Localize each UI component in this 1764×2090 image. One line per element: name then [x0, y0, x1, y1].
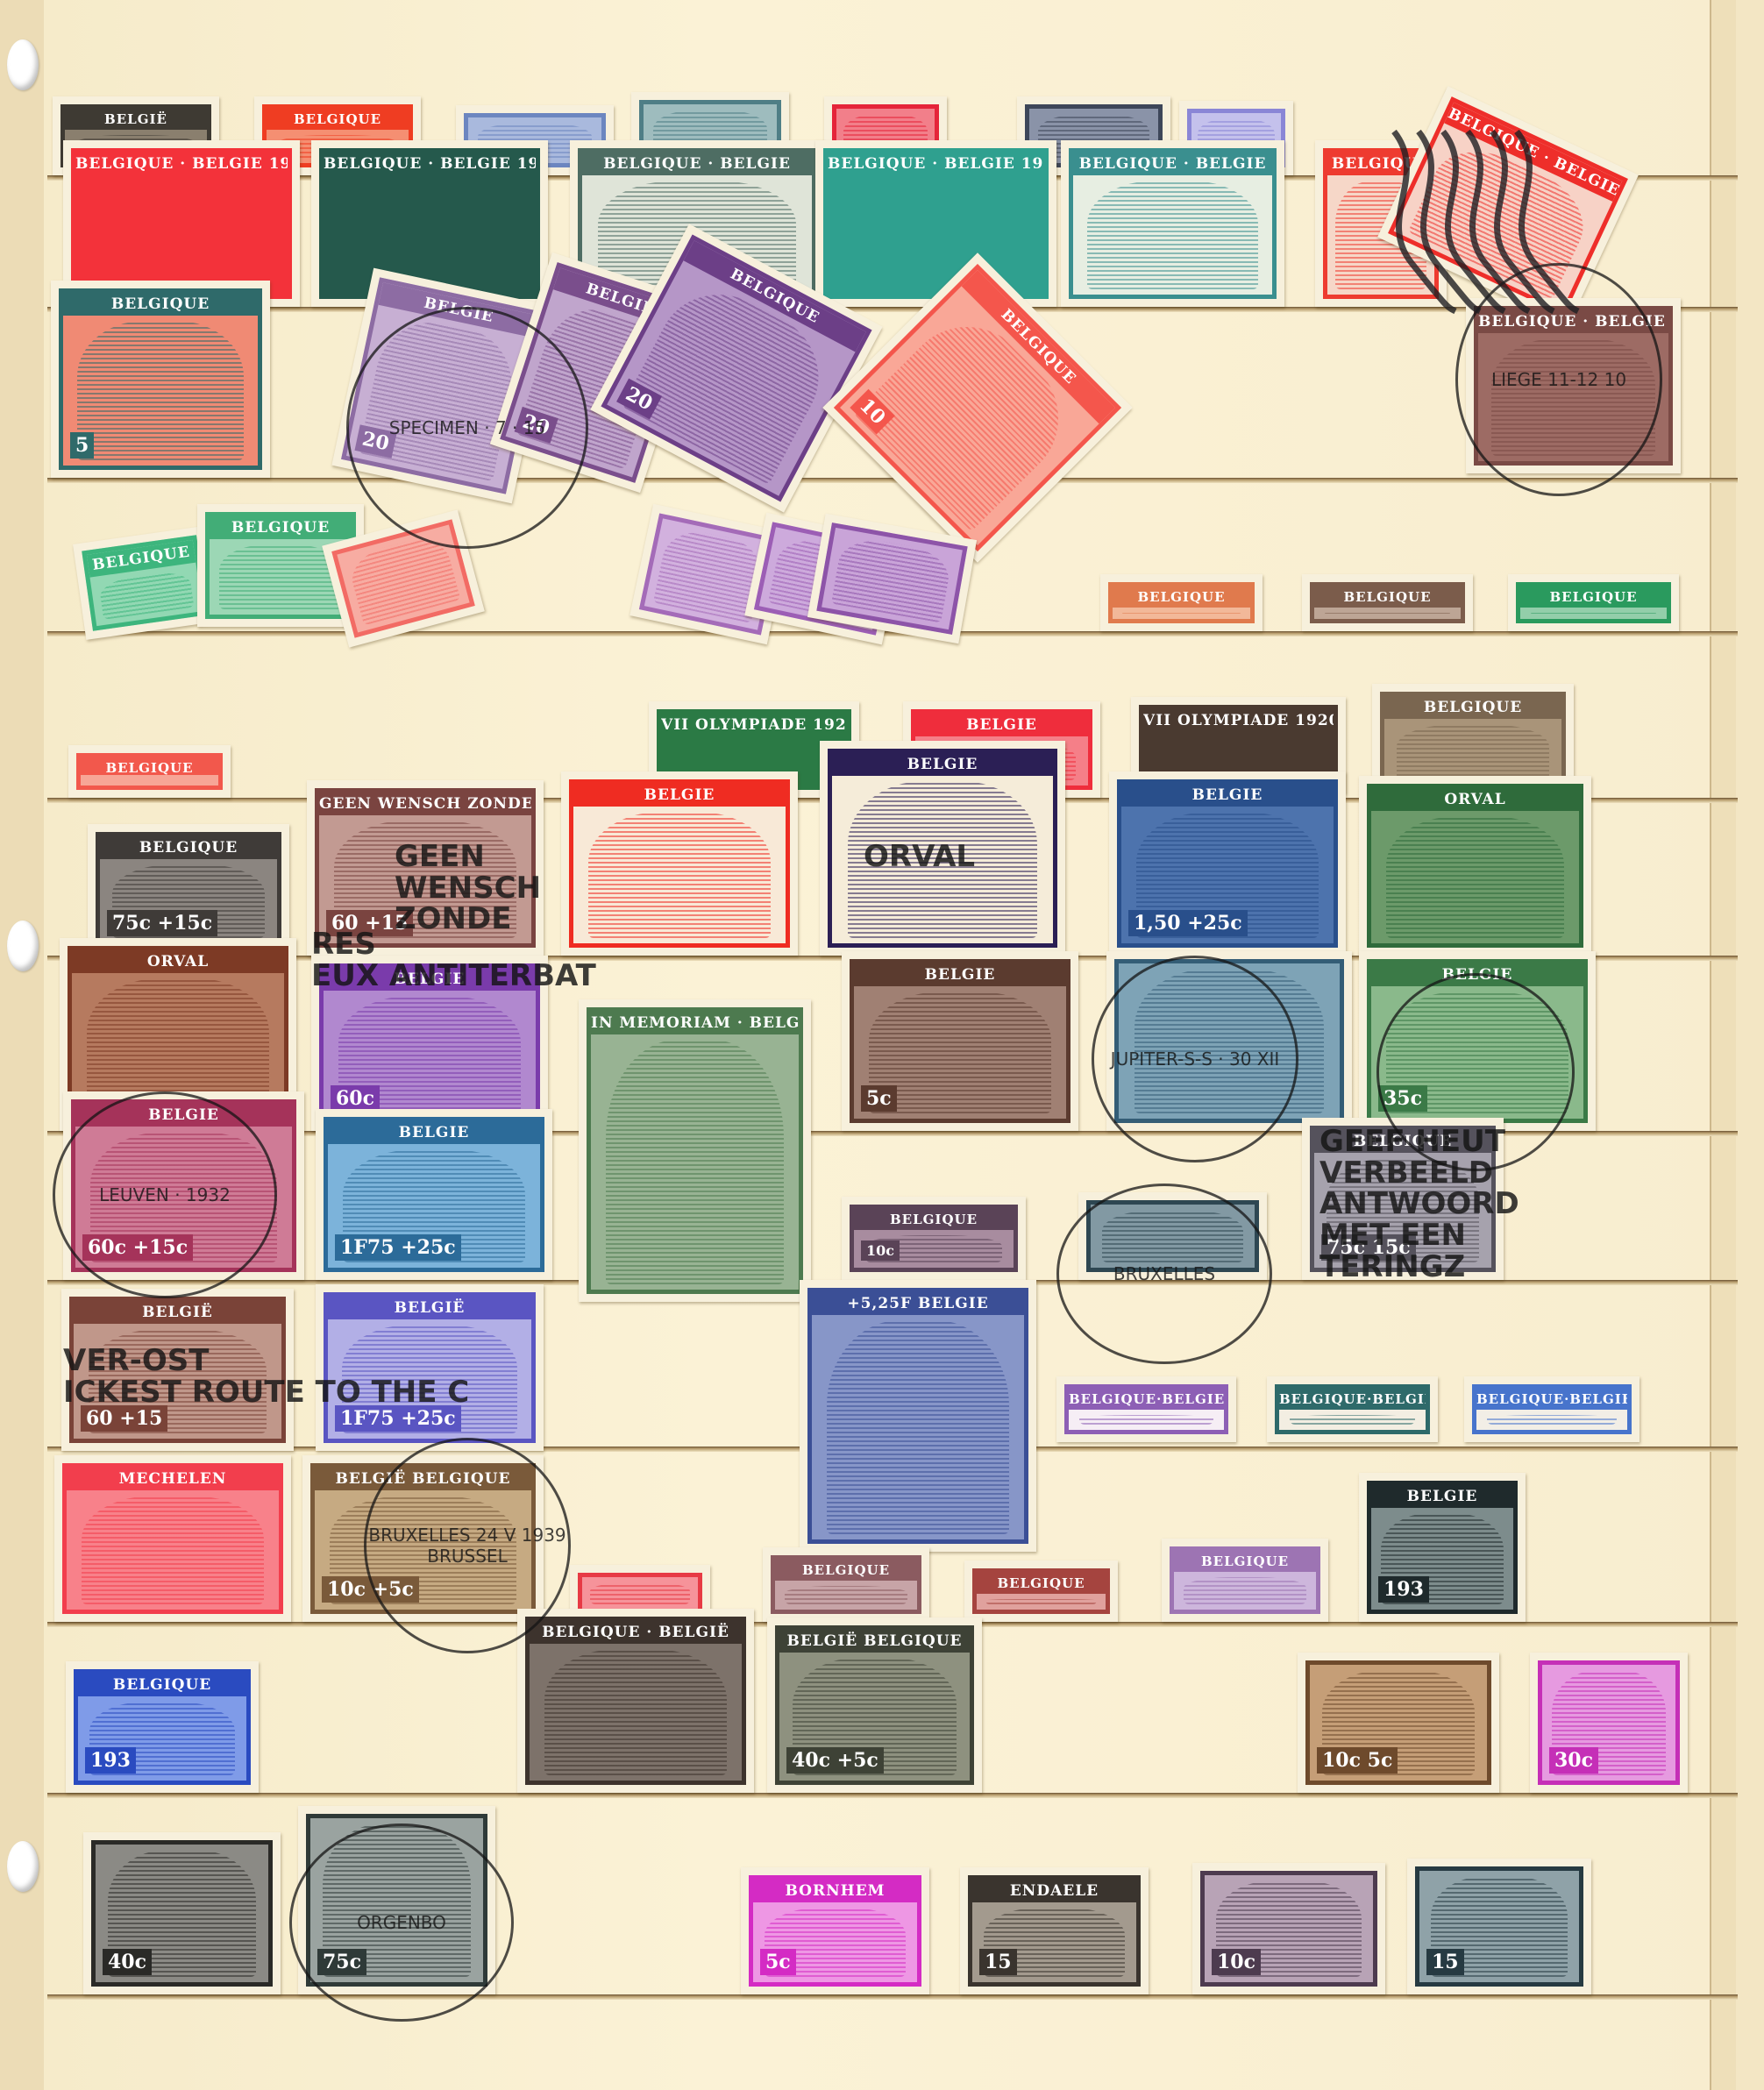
stamp-design: 10c — [1200, 1871, 1377, 1987]
stamp-design: BELGIE5c — [850, 959, 1070, 1123]
stamp-vignette — [1290, 1415, 1416, 1425]
stamp-country-inscription: BELGIQUE — [1314, 586, 1461, 608]
stamp-denomination: 15 — [1426, 1949, 1464, 1975]
stamp-vignette — [82, 1496, 264, 1604]
stamp-denomination: 75c +15c — [107, 910, 217, 936]
stamp-country-inscription: BELGIQUE·BELGIE — [1279, 1389, 1426, 1410]
stamp-country-inscription: BELGIQUE·BELGIE — [1069, 1389, 1224, 1410]
stamp-vignette — [77, 321, 245, 460]
stamp-design: BELGIQUE — [1310, 582, 1465, 623]
stamp-country-inscription: BELGIQUE — [63, 293, 258, 316]
stamp-country-inscription: BELGIE — [1371, 1485, 1513, 1508]
stamp-design: BELGIE — [569, 779, 790, 948]
stamp-country-inscription: BELGIE — [1121, 784, 1334, 807]
stamp[interactable] — [1078, 1192, 1267, 1280]
stamp[interactable]: BELGIË BELGIQUE10c +5c — [302, 1455, 544, 1622]
stamp-design: BELGIQUE — [1108, 582, 1255, 623]
stamp-design: +5,25F BELGIE — [807, 1288, 1028, 1544]
stamp-design: BORNHEM5c — [749, 1875, 921, 1987]
stamp-design: BELGIË1F75 +25c — [324, 1292, 536, 1443]
stamp[interactable]: 10c 5c — [1298, 1653, 1499, 1793]
stamp-design: BELGIQUE — [82, 535, 208, 630]
stamp-country-inscription: BELGIQUE — [854, 1209, 1014, 1230]
stamp-vignette — [1102, 1210, 1243, 1262]
stamp-design: BELGIQUE — [76, 753, 223, 790]
stamp-country-inscription: BELGIQUE · BELGIE — [582, 153, 812, 175]
stamp[interactable]: GEEN WENSCH ZONDE60 +15 — [307, 780, 544, 956]
stamp-vignette — [785, 1586, 907, 1604]
stamp-denomination: 40c — [103, 1949, 152, 1975]
stamp-denomination: 193 — [85, 1747, 136, 1774]
stamp-design: BELGIQUE — [1516, 582, 1671, 623]
stamp-denomination: 75c — [317, 1949, 366, 1975]
stamp[interactable]: BELGIQUE10c — [842, 1197, 1026, 1280]
stamp-design: ENDAELE15 — [968, 1875, 1141, 1987]
stamp[interactable]: ORVAL — [1359, 776, 1591, 956]
stamp-denomination: 1,50 +25c — [1128, 910, 1248, 936]
stamp-denomination: 10c 5c — [1317, 1747, 1398, 1774]
stamp-country-inscription: ORVAL — [72, 950, 284, 973]
stamp-country-inscription: BELGIE — [573, 784, 786, 807]
stamp-design: BELGIQUE5 — [59, 288, 262, 470]
stamp-country-inscription: ORVAL — [1371, 788, 1579, 811]
stamp[interactable]: BELGIË BELGIQUE40c +5c — [767, 1617, 982, 1793]
stamp[interactable]: BELGIË1F75 +25c — [316, 1284, 544, 1451]
stamp[interactable]: BELGIQUE — [763, 1547, 929, 1622]
stamp-country-inscription: BELGIË — [328, 1297, 531, 1319]
stamp-country-inscription: ENDAELE — [972, 1880, 1136, 1902]
stamp-design: BELGIQUE10c — [850, 1205, 1018, 1272]
stamp-design: BELGIQUE·BELGIE — [1064, 1384, 1228, 1434]
stamp-country-inscription: BELGIQUE — [977, 1573, 1106, 1594]
stamp[interactable]: BORNHEM5c — [741, 1867, 929, 1994]
stamp-design — [1086, 1200, 1259, 1272]
stamp-denomination: 1F75 +25c — [335, 1405, 461, 1432]
stamp[interactable]: +5,25F BELGIE — [800, 1280, 1036, 1552]
stamp-design: IN MEMORIAM · BELGIQUE · POSTE AERIENNE — [587, 1007, 803, 1294]
stamp-vignette — [90, 181, 273, 289]
stamp[interactable]: BELGIQUE·BELGIE — [1464, 1376, 1640, 1442]
stamp-vignette — [985, 1599, 1096, 1604]
stamp-country-inscription: BELGIQUE · BELGIË — [530, 1621, 742, 1644]
stamp-design: BELGIQUE · BELGIË — [525, 1617, 746, 1785]
punch-hole-middle — [7, 921, 39, 971]
stamp-denomination: 60 +15 — [81, 1405, 167, 1432]
stamp[interactable]: BELGIQUE · BELGIE 1910 — [815, 140, 1056, 307]
stamp[interactable]: BELGIQUE — [1162, 1539, 1328, 1622]
stamp[interactable]: BELGIQUE — [1508, 574, 1679, 631]
stamp-vignette — [1325, 613, 1451, 614]
stamp-country-inscription: BELGIË BELGIQUE — [315, 1468, 531, 1490]
stamp[interactable]: BELGIQUE·BELGIE — [1267, 1376, 1438, 1442]
stamp[interactable]: BELGIQUE193 — [66, 1661, 259, 1793]
stamp[interactable] — [807, 514, 977, 644]
stamp-design: BELGIË60 +15 — [69, 1297, 286, 1443]
stamp-vignette — [1135, 969, 1325, 1113]
stamp-country-inscription: BELGIQUE — [1174, 1551, 1316, 1572]
stamp-design: 75c — [306, 1814, 487, 1987]
stamp-country-inscription: GEEN WENSCH ZONDE — [319, 793, 531, 815]
stamp-denomination: 5 — [70, 432, 94, 459]
stamp-country-inscription: BELGIQUE — [100, 836, 277, 859]
stamp-country-inscription: BELGIQUE — [1314, 1130, 1491, 1153]
stamp-design — [331, 519, 475, 637]
stamp[interactable]: BELGIQUE·BELGIE — [1056, 1376, 1236, 1442]
stamp-design: BELGIQUE · BELGIE 1910 — [823, 148, 1049, 299]
stamp[interactable]: 15 — [1407, 1859, 1591, 1994]
stamp-country-inscription: BELGIQUE · BELGIE 1910 — [324, 153, 536, 175]
stamp[interactable]: BELGIË60 +15 — [61, 1289, 294, 1451]
stamp-design: BELGIE1,50 +25c — [1117, 779, 1338, 948]
stamp-country-inscription: BELGIQUE · BELGIE 1910 — [1478, 310, 1668, 333]
stamp-country-inscription: +5,25F BELGIE — [812, 1292, 1024, 1315]
stamp-design: 10c 5c — [1305, 1660, 1491, 1785]
stamp[interactable]: BELGIE — [561, 771, 798, 956]
stamp-design: BELGIQUE — [771, 1555, 921, 1614]
stamp-design: BELGIQUE·BELGIE — [1472, 1384, 1632, 1434]
stamp-design: BELGIQUE75c 15c — [1310, 1126, 1496, 1272]
stamp-denomination: 30c — [1549, 1747, 1598, 1774]
stamp-denomination: 1F75 +25c — [335, 1234, 461, 1261]
stamp-vignette — [1184, 1577, 1305, 1604]
stamp[interactable]: BELGIE5c — [842, 951, 1078, 1131]
album-binding-edge — [0, 0, 45, 2090]
stamp[interactable]: BELGIE60c +15c — [63, 1091, 304, 1280]
stamp-country-inscription: MECHELEN — [67, 1468, 279, 1490]
stamp-country-inscription: BELGIE — [328, 1121, 540, 1144]
stamp-design: BELGIE35c — [1367, 959, 1588, 1123]
stamp-denomination: 10c — [861, 1240, 900, 1261]
stamp-country-inscription: BELGIQUE — [81, 757, 218, 775]
stamp-denomination: 10c +5c — [322, 1576, 419, 1603]
stamp-country-inscription: IN MEMORIAM · BELGIQUE · POSTE AERIENNE — [591, 1012, 799, 1034]
stamp-vignette — [1531, 613, 1657, 614]
stamp[interactable]: BELGIQUE · BELGIE 1910 — [1466, 298, 1681, 473]
stamp[interactable]: 40c — [83, 1832, 281, 1994]
stamp-denomination: 10c — [1212, 1949, 1261, 1975]
stamp[interactable]: BELGIQUE — [68, 745, 231, 798]
stamp-design: BELGIQUE · BELGIE 1910 — [1474, 306, 1673, 466]
stamp-country-inscription: BELGIE — [854, 963, 1066, 986]
stamp-vignette — [98, 569, 195, 620]
stamp[interactable]: 75c — [298, 1806, 495, 1994]
stamp-country-inscription: VII OLYMPIADE 1920 · ANVERS·ANTWERPEN — [1143, 709, 1334, 732]
stamp-design: BELGIË BELGIQUE10c +5c — [310, 1463, 536, 1614]
stamp[interactable]: 30c — [1530, 1653, 1688, 1793]
stamp-vignette — [1491, 338, 1655, 456]
stamp-country-inscription: BELGIQUE·BELGIE — [1476, 1389, 1627, 1410]
stamp-vignette — [848, 781, 1038, 938]
stamp-denomination: 60 +15 — [326, 910, 413, 936]
stamp-country-inscription: BELGIQUE — [1520, 586, 1667, 608]
stamp-country-inscription: BORNHEM — [753, 1880, 917, 1902]
stamp-vignette — [588, 812, 771, 938]
stamp-country-inscription: BELGIQUE — [267, 109, 409, 130]
stamp-vignette — [1122, 613, 1241, 614]
stamp[interactable]: MECHELEN — [54, 1455, 291, 1622]
stamp-vignette — [1386, 816, 1565, 938]
stamp-design: BELGIQUE75c +15c — [96, 832, 281, 948]
stamp-vignette — [1087, 181, 1258, 289]
stamp[interactable]: 10c — [1192, 1863, 1385, 1994]
stamp-vignette — [590, 1582, 690, 1604]
stamp[interactable] — [1106, 951, 1352, 1131]
stamp-denomination: 35c — [1378, 1085, 1427, 1112]
punch-hole-top — [7, 39, 39, 90]
stamp[interactable]: BELGIQUE5 — [51, 281, 270, 478]
stamp-design — [1114, 959, 1344, 1123]
stamp-design: ORVAL — [1367, 784, 1583, 948]
stamp-denomination: 15 — [979, 1949, 1017, 1975]
stamp-vignette — [1487, 1415, 1617, 1425]
stamp-design: MECHELEN — [62, 1463, 283, 1614]
stamp[interactable]: BELGIQUE — [1100, 574, 1263, 631]
stamp-design: BELGIE60c — [319, 963, 540, 1123]
stamp-design — [816, 522, 967, 635]
stamp-country-inscription: BELGIQUE — [1384, 696, 1561, 719]
stamp-design: 30c — [1538, 1660, 1680, 1785]
stamp-denomination: 60c +15c — [82, 1234, 193, 1261]
stamp-country-inscription: BELGIQUE — [775, 1560, 917, 1581]
stamp[interactable]: BELGIE193 — [1359, 1473, 1526, 1622]
stamp-design: BELGIQUE · BELGIE — [1069, 148, 1277, 299]
stamp-denomination: 5c — [861, 1085, 897, 1112]
page-right-margin — [1710, 0, 1736, 2090]
stamp-country-inscription: BELGIE — [324, 968, 536, 991]
stamp[interactable]: BELGIQUE — [1302, 574, 1473, 631]
stamp-design: BELGIË BELGIQUE40c +5c — [775, 1625, 974, 1785]
stamp-country-inscription: BELGIQUE · BELGIE — [1073, 153, 1272, 175]
stamp-design: BELGIQUE·BELGIE — [1275, 1384, 1430, 1434]
stamp-design: BELGIE — [828, 749, 1057, 948]
stamp-country-inscription: BELGIE — [832, 753, 1053, 776]
stamp[interactable]: BELGIE35c — [1359, 951, 1596, 1131]
stamp-vignette — [1079, 1415, 1213, 1425]
stamp[interactable]: BELGIE — [820, 741, 1065, 956]
stamp-vignette — [831, 535, 952, 623]
stamp-country-inscription: BELGIË BELGIQUE — [779, 1630, 970, 1653]
stamp[interactable]: BELGIQUE · BELGIË — [517, 1609, 754, 1793]
stamp[interactable]: BELGIE1F75 +25c — [316, 1109, 552, 1280]
stamp-design: BELGIE1F75 +25c — [324, 1117, 544, 1272]
stamp-country-inscription: BELGIQUE · BELGIE 1910 — [75, 153, 288, 175]
stamp-country-inscription: BELGIE — [915, 714, 1088, 736]
stamp-country-inscription: VII OLYMPIADE 1920 · ANVERS·ANTWERPEN — [661, 714, 847, 736]
stamp-design: GEEN WENSCH ZONDE60 +15 — [315, 788, 536, 948]
stamp-country-inscription: BELGIE — [75, 1104, 292, 1127]
stamp[interactable]: IN MEMORIAM · BELGIQUE · POSTE AERIENNE — [579, 999, 811, 1302]
stamp[interactable]: ENDAELE15 — [960, 1867, 1149, 1994]
stamp-country-inscription: BELGIË — [65, 109, 207, 130]
stamp-denomination: 40c +5c — [786, 1747, 884, 1774]
stamp-country-inscription: BELGIQUE — [78, 1674, 246, 1696]
stamp-denomination: 193 — [1378, 1576, 1429, 1603]
stamp-design: BELGIQUE — [1170, 1546, 1320, 1614]
stamp-design: BELGIQUE193 — [74, 1669, 251, 1785]
stamp[interactable]: BELGIQUE — [964, 1560, 1118, 1622]
punch-hole-bottom — [7, 1841, 39, 1892]
stamp-vignette — [544, 1649, 727, 1775]
stamp[interactable]: BELGIE60c — [311, 956, 548, 1131]
stamp-country-inscription: BELGIQUE — [210, 516, 352, 539]
stamp-country-inscription: BELGIË — [74, 1301, 281, 1324]
stamp-design: 15 — [1415, 1866, 1583, 1987]
stamp-vignette — [338, 181, 521, 289]
stamp-country-inscription: BELGIQUE · BELGIE 1910 — [828, 153, 1044, 175]
stamp[interactable]: BELGIQUE75c 15c — [1302, 1118, 1504, 1280]
stamp-vignette — [606, 1040, 785, 1284]
stamp-design: BELGIE60c +15c — [71, 1099, 296, 1272]
stamp-vignette — [346, 532, 460, 626]
stamp-denomination: 75c 15c — [1321, 1234, 1416, 1261]
stamp-design: 40c — [91, 1840, 273, 1987]
stamp-vignette — [827, 1320, 1009, 1534]
stamp-country-inscription: BELGIQUE — [1113, 586, 1250, 608]
stamp-denomination: 5c — [760, 1949, 796, 1975]
stamp-design: BELGIE193 — [1367, 1481, 1518, 1614]
stamp[interactable]: BELGIE1,50 +25c — [1109, 771, 1346, 956]
stamp[interactable]: BELGIQUE · BELGIE — [1061, 140, 1284, 307]
stamp-country-inscription: BELGIQUE — [87, 540, 196, 578]
stamp-design: BELGIQUE — [972, 1568, 1110, 1614]
stamp-country-inscription: BELGIE — [1371, 963, 1583, 986]
